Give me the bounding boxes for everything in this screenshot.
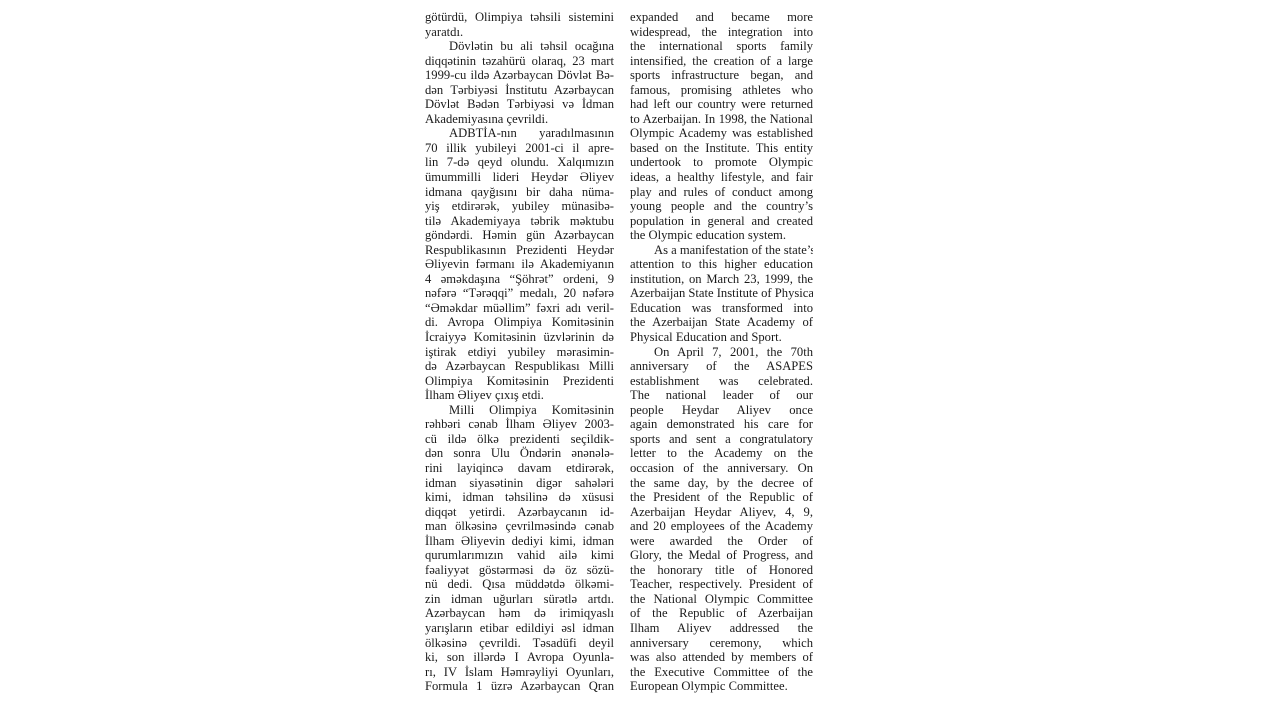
- text-line: attention to this higher education: [630, 257, 813, 272]
- text-line: based on the Institute. This entity: [630, 141, 813, 156]
- text-line: Əliyevin fərmanı ilə Akademiyanın: [425, 257, 614, 272]
- text-line: zin idman uğurları sürətlə artdı.: [425, 592, 614, 607]
- text-line: undertook to promote Olympic: [630, 155, 813, 170]
- text-line: kimi, idman təhsilinə də xüsusi: [425, 490, 614, 505]
- text-line: Olimpiya Komitəsinin Prezidenti: [425, 374, 614, 389]
- text-line: people Heydar Aliyev once: [630, 403, 813, 418]
- text-line: ideas, a healthy lifestyle, and fair: [630, 170, 813, 185]
- text-line: ölkəsinə çevrildi. Təsadüfi deyil: [425, 636, 614, 651]
- text-line: diqqət yetirdi. Azərbaycanın id-: [425, 505, 614, 520]
- text-line: diqqətinin təzahürü olaraq, 23 mart: [425, 54, 614, 69]
- text-line: İcraiyyə Komitəsinin üzvlərinin də: [425, 330, 614, 345]
- text-line: The national leader of our: [630, 388, 813, 403]
- azerbaijani-text-column: götürdü, Olimpiya təhsili sisteminiyarat…: [425, 10, 614, 694]
- text-line: rəhbəri cənab İlham Əliyev 2003-: [425, 417, 614, 432]
- text-line: tilə Akademiyaya təbrik məktubu: [425, 214, 614, 229]
- text-line: European Olympic Committee.: [630, 679, 813, 694]
- text-line: götürdü, Olimpiya təhsili sistemini: [425, 10, 614, 25]
- text-line: letter to the Academy on the: [630, 446, 813, 461]
- text-line: qurumlarımızın vahid ailə kimi: [425, 548, 614, 563]
- text-line: ki, son illərdə I Avropa Oyunla-: [425, 650, 614, 665]
- text-line: Milli Olimpiya Komitəsinin: [425, 403, 614, 418]
- text-line: Dövlətin bu ali təhsil ocağına: [425, 39, 614, 54]
- text-line: di. Avropa Olimpiya Komitəsinin: [425, 315, 614, 330]
- text-line: occasion of the anniversary. On: [630, 461, 813, 476]
- text-line: Formula 1 üzrə Azərbaycan Qran: [425, 679, 614, 694]
- text-line: Respublikasının Prezidenti Heydər: [425, 243, 614, 258]
- text-line: anniversary of the ASAPES: [630, 359, 813, 374]
- text-line: yiş etdirərək, yubiley münasibə-: [425, 199, 614, 214]
- text-line: iştirak etdiyi yubiley mərasimin-: [425, 345, 614, 360]
- text-line: the President of the Republic of: [630, 490, 813, 505]
- text-line: fəaliyyət göstərməsi də öz sözü-: [425, 563, 614, 578]
- text-line: establishment was celebrated.: [630, 374, 813, 389]
- text-line: Azərbaycan həm də irimiqyaslı: [425, 606, 614, 621]
- text-line: population in general and created: [630, 214, 813, 229]
- text-line: sports and sent a congratulatory: [630, 432, 813, 447]
- text-line: the National Olympic Committee: [630, 592, 813, 607]
- text-line: of the Republic of Azerbaijan: [630, 606, 813, 621]
- text-line: sports infrastructure began, and: [630, 68, 813, 83]
- text-line: anniversary ceremony, which: [630, 636, 813, 651]
- text-line: the international sports family: [630, 39, 813, 54]
- text-line: Physical Education and Sport.: [630, 330, 813, 345]
- text-line: ümummilli lideri Heydər Əliyev: [425, 170, 614, 185]
- text-line: to Azerbaijan. In 1998, the National: [630, 112, 813, 127]
- english-text-column: expanded and became morewidespread, the …: [630, 10, 813, 694]
- text-line: and 20 employees of the Academy: [630, 519, 813, 534]
- text-line: Akademiyasına çevrildi.: [425, 112, 614, 127]
- text-line: Azerbaijan Heydar Aliyev, 4, 9,: [630, 505, 813, 520]
- text-line: Teacher, respectively. President of: [630, 577, 813, 592]
- text-line: As a manifestation of the state’s: [630, 243, 813, 258]
- text-line: again demonstrated his care for: [630, 417, 813, 432]
- text-line: nü dedi. Qısa müddətdə ölkəmi-: [425, 577, 614, 592]
- text-line: Education was transformed into: [630, 301, 813, 316]
- text-line: the same day, by the decree of: [630, 476, 813, 491]
- text-line: Azerbaijan State Institute of Physical: [630, 286, 813, 301]
- text-line: On April 7, 2001, the 70th: [630, 345, 813, 360]
- text-line: göndərdi. Həmin gün Azərbaycan: [425, 228, 614, 243]
- text-line: lin 7-də qeyd olundu. Xalqımızın: [425, 155, 614, 170]
- text-line: Glory, the Medal of Progress, and: [630, 548, 813, 563]
- text-line: famous, promising athletes who: [630, 83, 813, 98]
- text-line: dən Tərbiyəsi İnstitutu Azərbaycan: [425, 83, 614, 98]
- text-line: Dövlət Bədən Tərbiyəsi və İdman: [425, 97, 614, 112]
- text-line: 1999-cu ildə Azərbaycan Dövlət Bə-: [425, 68, 614, 83]
- text-line: ADBTİA-nın yaradılmasının: [425, 126, 614, 141]
- text-line: Ilham Aliyev addressed the: [630, 621, 813, 636]
- text-line: institution, on March 23, 1999, the: [630, 272, 813, 287]
- text-line: the Azerbaijan State Academy of: [630, 315, 813, 330]
- text-line: nəfərə “Tərəqqi” medalı, 20 nəfərə: [425, 286, 614, 301]
- text-line: 70 illik yubileyi 2001-ci il apre-: [425, 141, 614, 156]
- text-line: intensified, the creation of a large: [630, 54, 813, 69]
- text-line: rini layiqincə davam etdirərək,: [425, 461, 614, 476]
- text-line: İlham Əliyevin dediyi kimi, idman: [425, 534, 614, 549]
- text-line: cü ildə ölkə prezidenti seçildik-: [425, 432, 614, 447]
- text-line: widespread, the integration into: [630, 25, 813, 40]
- text-line: the Olympic education system.: [630, 228, 813, 243]
- text-line: had left our country were returned: [630, 97, 813, 112]
- text-line: idmana qayğısını bir daha nüma-: [425, 185, 614, 200]
- text-line: 4 əməkdaşına “Şöhrət” ordeni, 9: [425, 272, 614, 287]
- text-line: expanded and became more: [630, 10, 813, 25]
- text-line: yarışların etibar edildiyi əsl idman: [425, 621, 614, 636]
- document-page: götürdü, Olimpiya təhsili sisteminiyarat…: [0, 0, 1280, 720]
- text-line: man ölkəsinə çevrilməsində cənab: [425, 519, 614, 534]
- text-line: dən sonra Ulu Öndərin ənənələ-: [425, 446, 614, 461]
- text-line: play and rules of conduct among: [630, 185, 813, 200]
- text-line: də Azərbaycan Respublikası Milli: [425, 359, 614, 374]
- text-line: was also attended by members of: [630, 650, 813, 665]
- text-line: Olympic Academy was established: [630, 126, 813, 141]
- text-line: the honorary title of Honored: [630, 563, 813, 578]
- text-line: “Əməkdar müəllim” fəxri adı veril-: [425, 301, 614, 316]
- text-line: idman siyasətinin digər sahələri: [425, 476, 614, 491]
- text-line: rı, IV İslam Həmrəyliyi Oyunları,: [425, 665, 614, 680]
- text-line: were awarded the Order of: [630, 534, 813, 549]
- text-line: young people and the country’s: [630, 199, 813, 214]
- text-line: yaratdı.: [425, 25, 614, 40]
- text-line: İlham Əliyev çıxış etdi.: [425, 388, 614, 403]
- text-line: the Executive Committee of the: [630, 665, 813, 680]
